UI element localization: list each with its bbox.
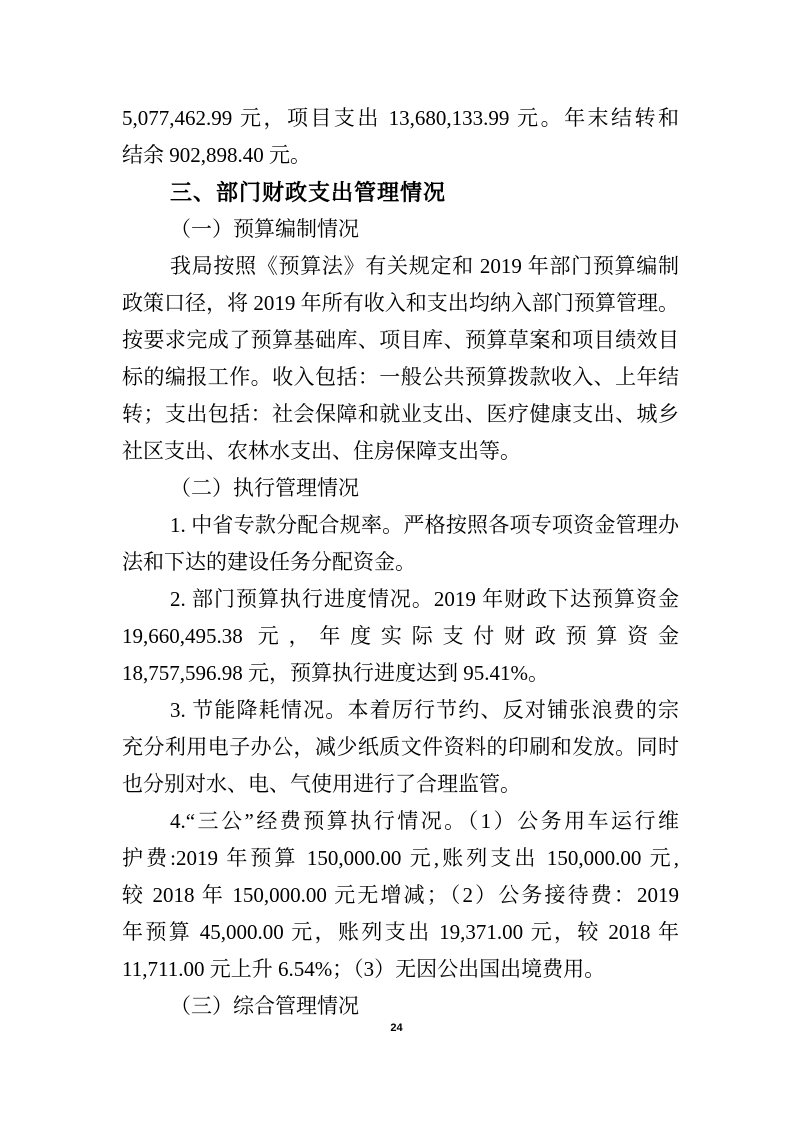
page-number: 24 (0, 1022, 793, 1034)
document-page: 5,077,462.99 元，项目支出 13,680,133.99 元。年末结转… (0, 0, 793, 1122)
document-line: 较 2018 年 150,000.00 元无增减；（2）公务接待费：2019 (122, 877, 679, 914)
document-body: 5,077,462.99 元，项目支出 13,680,133.99 元。年末结转… (122, 100, 679, 1025)
document-line: 我局按照《预算法》有关规定和 2019 年部门预算编制 (122, 248, 679, 285)
document-line: 也分别对水、电、气使用进行了合理监管。 (122, 766, 679, 803)
document-line: 4.“三公”经费预算执行情况。（1）公务用车运行维 (122, 803, 679, 840)
document-line: 充分利用电子办公，减少纸质文件资料的印刷和发放。同时 (122, 729, 679, 766)
document-line: 转；支出包括：社会保障和就业支出、医疗健康支出、城乡 (122, 396, 679, 433)
document-line: 5,077,462.99 元，项目支出 13,680,133.99 元。年末结转… (122, 100, 679, 137)
document-line: 政策口径，将 2019 年所有收入和支出均纳入部门预算管理。 (122, 285, 679, 322)
document-line: 年预算 45,000.00 元，账列支出 19,371.00 元，较 2018 … (122, 914, 679, 951)
document-line: 19,660,495.38 元，年度实际支付财政预算资金 (122, 618, 679, 655)
document-line: 18,757,596.98 元，预算执行进度达到 95.41%。 (122, 655, 679, 692)
document-line: 2. 部门预算执行进度情况。2019 年财政下达预算资金 (122, 581, 679, 618)
section-heading: 三、部门财政支出管理情况 (122, 174, 679, 211)
document-line: 按要求完成了预算基础库、项目库、预算草案和项目绩效目 (122, 322, 679, 359)
document-line: 法和下达的建设任务分配资金。 (122, 544, 679, 581)
document-line: 1. 中省专款分配合规率。严格按照各项专项资金管理办 (122, 507, 679, 544)
document-line: （一）预算编制情况 (122, 211, 679, 248)
document-line: （三）综合管理情况 (122, 988, 679, 1025)
document-line: 11,711.00 元上升 6.54%；（3）无因公出国出境费用。 (122, 951, 679, 988)
document-line: （二）执行管理情况 (122, 470, 679, 507)
document-line: 结余 902,898.40 元。 (122, 137, 679, 174)
document-line: 护费:2019 年预算 150,000.00 元,账列支出 150,000.00… (122, 840, 679, 877)
document-line: 社区支出、农林水支出、住房保障支出等。 (122, 433, 679, 470)
document-line: 标的编报工作。收入包括：一般公共预算拨款收入、上年结 (122, 359, 679, 396)
document-line: 3. 节能降耗情况。本着厉行节约、反对铺张浪费的宗旨， (122, 692, 679, 729)
